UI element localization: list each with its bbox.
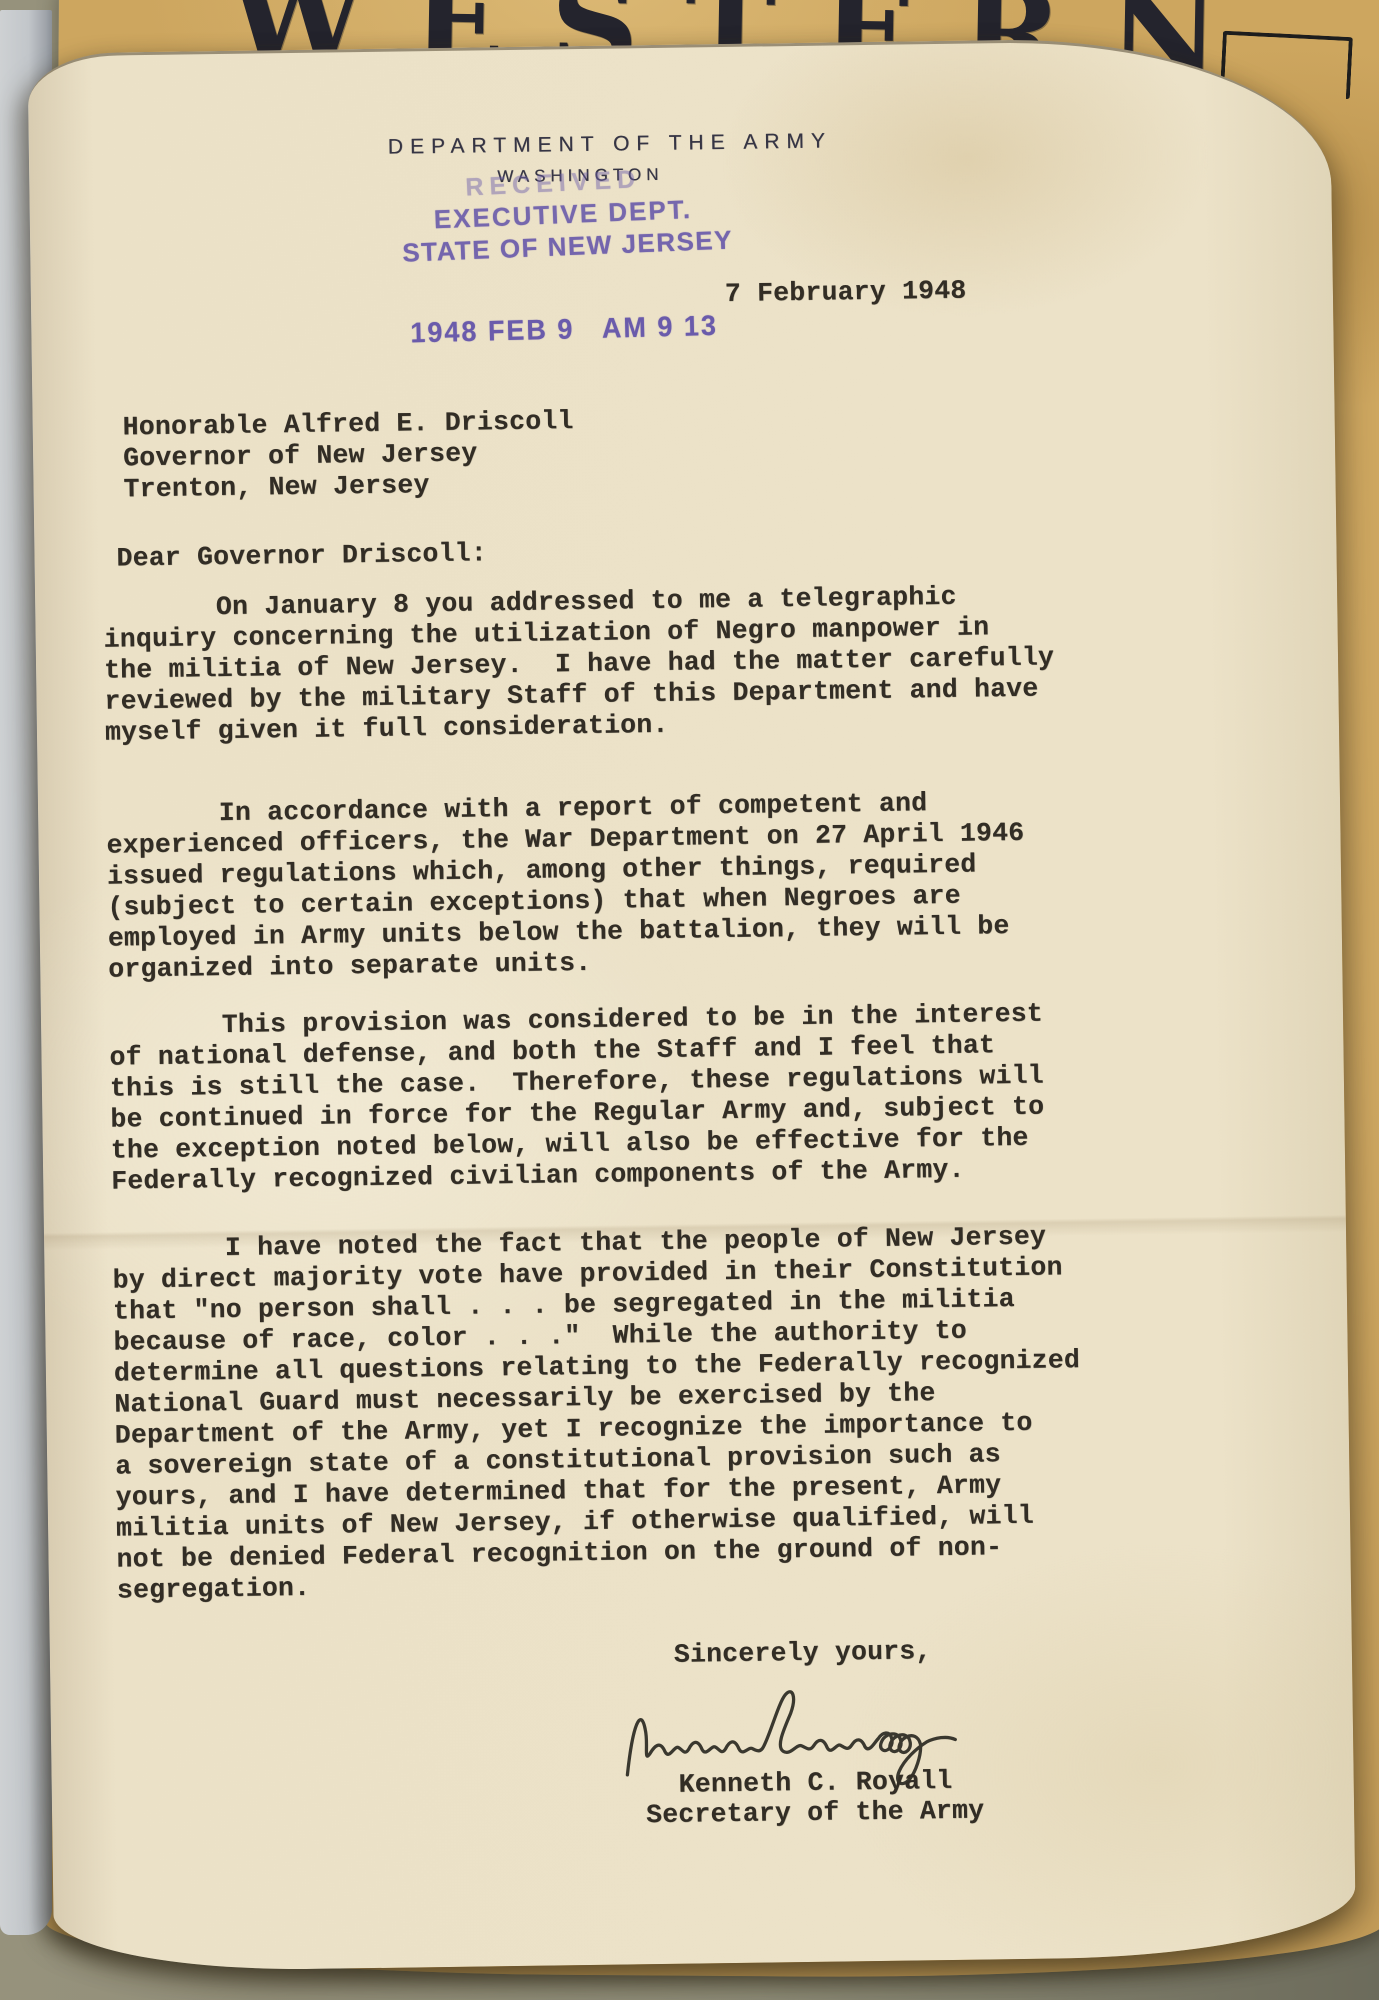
date-received-stamp: 1948 FEB 9 AM 9 13 [410, 310, 718, 350]
signature-title: Secretary of the Army [646, 1796, 985, 1832]
letter-document: DEPARTMENT OF THE ARMY WASHINGTON RECEIV… [27, 36, 1356, 1973]
closing: Sincerely yours, [674, 1636, 932, 1671]
letter-paragraph: On January 8 you addressed to me a teleg… [103, 580, 1055, 748]
letter-paragraph: This provision was considered to be in t… [109, 999, 1045, 1198]
scanned-document-photo: WESTERN DEPARTMENT OF THE ARMY WASHINGTO… [0, 0, 1379, 2000]
letterhead-title: DEPARTMENT OF THE ARMY [388, 129, 832, 159]
recipient-address: Honorable Alfred E. Driscoll Governor of… [122, 406, 574, 505]
letter-paragraph: I have noted the fact that the people of… [112, 1221, 1083, 1606]
salutation: Dear Governor Driscoll: [116, 538, 487, 574]
letter-date: 7 February 1948 [725, 276, 967, 310]
letter-paragraph: In accordance with a report of competent… [106, 787, 1026, 986]
